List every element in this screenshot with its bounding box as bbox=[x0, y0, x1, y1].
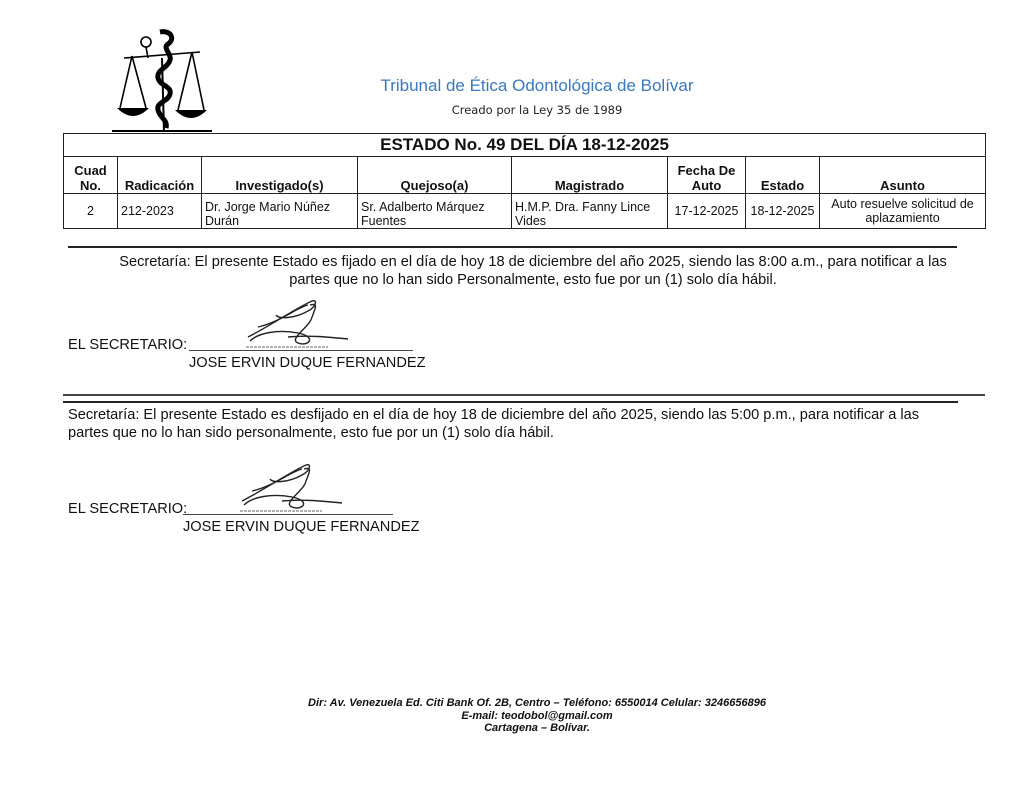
secretario-name: JOSE ERVIN DUQUE FERNANDEZ bbox=[189, 355, 426, 371]
section-divider bbox=[63, 394, 985, 396]
fijacion-line-1: Secretaría: El presente Estado es fijado… bbox=[63, 253, 1003, 271]
section-divider bbox=[63, 401, 958, 403]
cell-radicacion: 212-2023 bbox=[118, 194, 202, 229]
section-divider bbox=[68, 246, 957, 248]
footer-city: Cartagena – Bolívar. bbox=[200, 722, 874, 735]
column-header-fecha-auto: Fecha DeAuto bbox=[668, 157, 746, 194]
signature-line bbox=[183, 514, 393, 515]
column-header-estado: Estado bbox=[746, 157, 820, 194]
signature-line bbox=[189, 350, 413, 351]
scales-of-justice-logo-icon bbox=[112, 28, 212, 132]
handwritten-signature-icon bbox=[232, 461, 352, 513]
desfijacion-line-1: Secretaría: El presente Estado es desfij… bbox=[68, 406, 1008, 424]
desfijacion-line-2: partes que no lo han sido personalmente,… bbox=[68, 424, 1008, 442]
table-header-row: CuadNo. Radicación Investigado(s) Quejos… bbox=[64, 157, 986, 194]
cell-investigado: Dr. Jorge Mario Núñez Durán bbox=[202, 194, 358, 229]
secretario-name: JOSE ERVIN DUQUE FERNANDEZ bbox=[183, 519, 420, 535]
secretario-label: EL SECRETARIO: bbox=[68, 337, 187, 353]
column-header-cuad: CuadNo. bbox=[64, 157, 118, 194]
secretario-label: EL SECRETARIO: bbox=[68, 501, 187, 517]
organization-subtitle: Creado por la Ley 35 de 1989 bbox=[300, 103, 774, 117]
cell-magistrado: H.M.P. Dra. Fanny Lince Vides bbox=[512, 194, 668, 229]
fijacion-line-2: partes que no lo han sido Personalmente,… bbox=[63, 271, 1003, 289]
footer-email: E-mail: teodobol@gmail.com bbox=[200, 710, 874, 723]
fijacion-text: Secretaría: El presente Estado es fijado… bbox=[63, 253, 1003, 289]
cell-estado: 18-12-2025 bbox=[746, 194, 820, 229]
estado-title: ESTADO No. 49 DEL DÍA 18-12-2025 bbox=[64, 134, 986, 157]
table-row: 2 212-2023 Dr. Jorge Mario Núñez Durán S… bbox=[64, 194, 986, 229]
cell-asunto: Auto resuelve solicitud de aplazamiento bbox=[820, 194, 986, 229]
column-header-investigado: Investigado(s) bbox=[202, 157, 358, 194]
column-header-quejoso: Quejoso(a) bbox=[358, 157, 512, 194]
desfijacion-text: Secretaría: El presente Estado es desfij… bbox=[68, 406, 1008, 442]
handwritten-signature-icon bbox=[238, 297, 358, 349]
cell-fecha-auto: 17-12-2025 bbox=[668, 194, 746, 229]
column-header-asunto: Asunto bbox=[820, 157, 986, 194]
estado-table: ESTADO No. 49 DEL DÍA 18-12-2025 CuadNo.… bbox=[63, 133, 986, 229]
footer: Dir: Av. Venezuela Ed. Citi Bank Of. 2B,… bbox=[200, 697, 874, 735]
cell-quejoso: Sr. Adalberto Márquez Fuentes bbox=[358, 194, 512, 229]
column-header-radicacion: Radicación bbox=[118, 157, 202, 194]
cell-cuad-no: 2 bbox=[64, 194, 118, 229]
organization-name: Tribunal de Ética Odontológica de Bolíva… bbox=[300, 76, 774, 96]
column-header-magistrado: Magistrado bbox=[512, 157, 668, 194]
footer-address: Dir: Av. Venezuela Ed. Citi Bank Of. 2B,… bbox=[200, 697, 874, 710]
